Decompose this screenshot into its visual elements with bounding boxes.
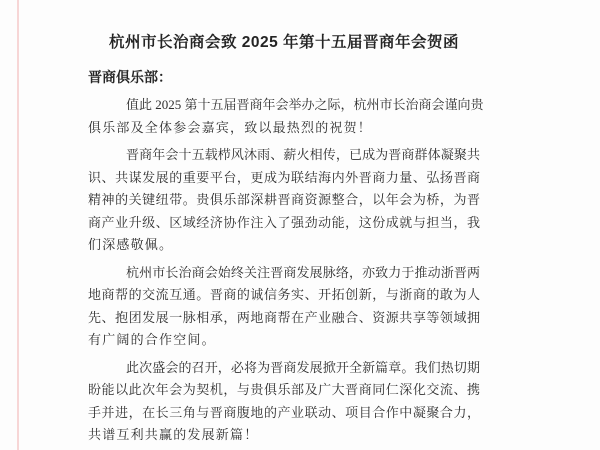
text-line: 俱乐部及全体参会嘉宾，致以最热烈的祝贺！ — [88, 117, 480, 140]
text-line: 有广阔的合作空间。 — [88, 329, 480, 352]
text-line: 杭州市长治商会始终关注晋商发展脉络，亦致力于推动浙晋两 — [88, 262, 480, 285]
text-line: 先、抱团发展一脉相承，两地商帮在产业融合、资源共享等领域拥 — [88, 307, 480, 330]
text-line: 此次盛会的召开，必将为晋商发展掀开全新篇章。我们热切期 — [88, 357, 480, 380]
text-line: 手并进，在长三角与晋商腹地的产业联动、项目合作中凝聚合力， — [88, 402, 480, 425]
text-line: 识、共谋发展的重要平台，更成为联结海内外晋商力量、弘扬晋商 — [88, 167, 480, 190]
scan-edge-line — [17, 0, 19, 450]
text-line: 精神的关键纽带。贵俱乐部深耕晋商资源整合，以年会为桥，为晋 — [88, 189, 480, 212]
scanned-letter-page: 杭州市长治商会致 2025 年第十五届晋商年会贺函 晋商俱乐部： 值此 2025… — [0, 0, 600, 450]
letter-title: 杭州市长治商会致 2025 年第十五届晋商年会贺函 — [88, 32, 480, 54]
paragraph: 杭州市长治商会始终关注晋商发展脉络，亦致力于推动浙晋两 地商帮的交流互通。晋商的… — [88, 262, 480, 352]
paragraph: 晋商年会十五载栉风沐雨、薪火相传，已成为晋商群体凝聚共 识、共谋发展的重要平台，… — [88, 144, 480, 257]
text-line: 共谱互利共赢的发展新篇！ — [88, 424, 480, 447]
paragraph: 值此 2025 第十五届晋商年会举办之际，杭州市长治商会谨向贵 俱乐部及全体参会… — [88, 94, 480, 139]
letter-content: 杭州市长治商会致 2025 年第十五届晋商年会贺函 晋商俱乐部： 值此 2025… — [88, 32, 480, 447]
text-line: 商产业升级、区域经济协作注入了强劲动能，这份成就与担当，我 — [88, 212, 480, 235]
paragraph: 此次盛会的召开，必将为晋商发展掀开全新篇章。我们热切期 盼能以此次年会为契机，与… — [88, 357, 480, 447]
text-line: 地商帮的交流互通。晋商的诚信务实、开拓创新，与浙商的敢为人 — [88, 284, 480, 307]
text-line: 盼能以此次年会为契机，与贵俱乐部及广大晋商同仁深化交流、携 — [88, 379, 480, 402]
text-line: 值此 2025 第十五届晋商年会举办之际，杭州市长治商会谨向贵 — [88, 94, 480, 117]
text-line: 们深感敬佩。 — [88, 234, 480, 257]
letter-salutation: 晋商俱乐部： — [88, 69, 480, 89]
text-line: 晋商年会十五载栉风沐雨、薪火相传，已成为晋商群体凝聚共 — [88, 144, 480, 167]
